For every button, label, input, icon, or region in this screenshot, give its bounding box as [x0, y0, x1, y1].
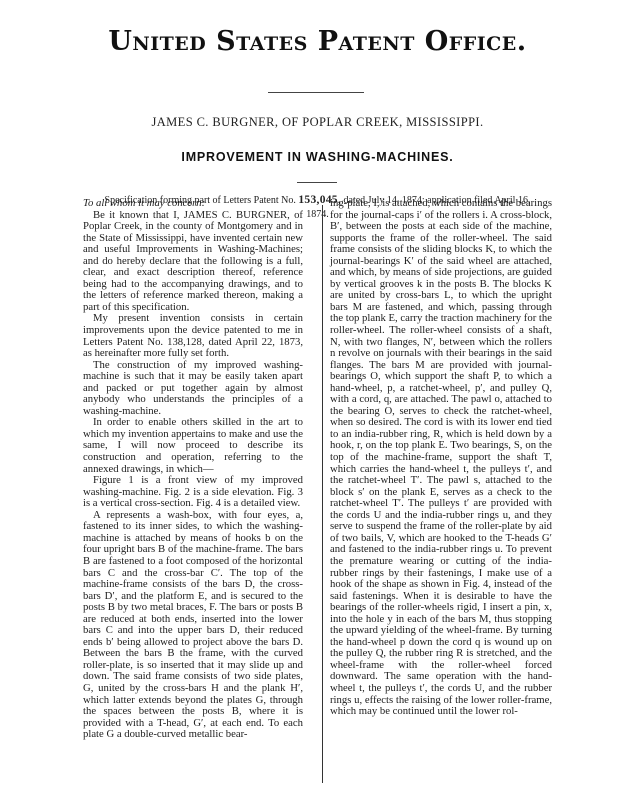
improvement-title: IMPROVEMENT IN WASHING-MACHINES.	[0, 150, 635, 164]
right-column: ing-plate, I, is attached, which contain…	[330, 198, 552, 718]
office-title: United States Patent Office.	[0, 26, 635, 57]
left-column: To all whom it may concern: Be it known …	[83, 198, 303, 741]
subtitle-rule	[297, 182, 337, 183]
salutation: To all whom it may concern:	[83, 198, 303, 210]
paragraph-figures: Figure 1 is a front view of my improved …	[83, 475, 303, 510]
paragraph-bearing-plate: ing-plate, I, is attached, which contain…	[330, 198, 552, 718]
paragraph-enable-others: In order to enable others skilled in the…	[83, 417, 303, 475]
column-divider	[322, 205, 323, 783]
paragraph-declaration: Be it known that I, JAMES C. BURGNER, of…	[83, 210, 303, 314]
inventor-line: JAMES C. BURGNER, OF POPLAR CREEK, MISSI…	[0, 115, 635, 130]
paragraph-invention-summary: My present invention consists in certain…	[83, 313, 303, 359]
title-rule	[268, 92, 364, 93]
paragraph-construction: The construction of my improved washing-…	[83, 360, 303, 418]
paragraph-wash-box: A represents a wash-box, with four eyes,…	[83, 510, 303, 741]
